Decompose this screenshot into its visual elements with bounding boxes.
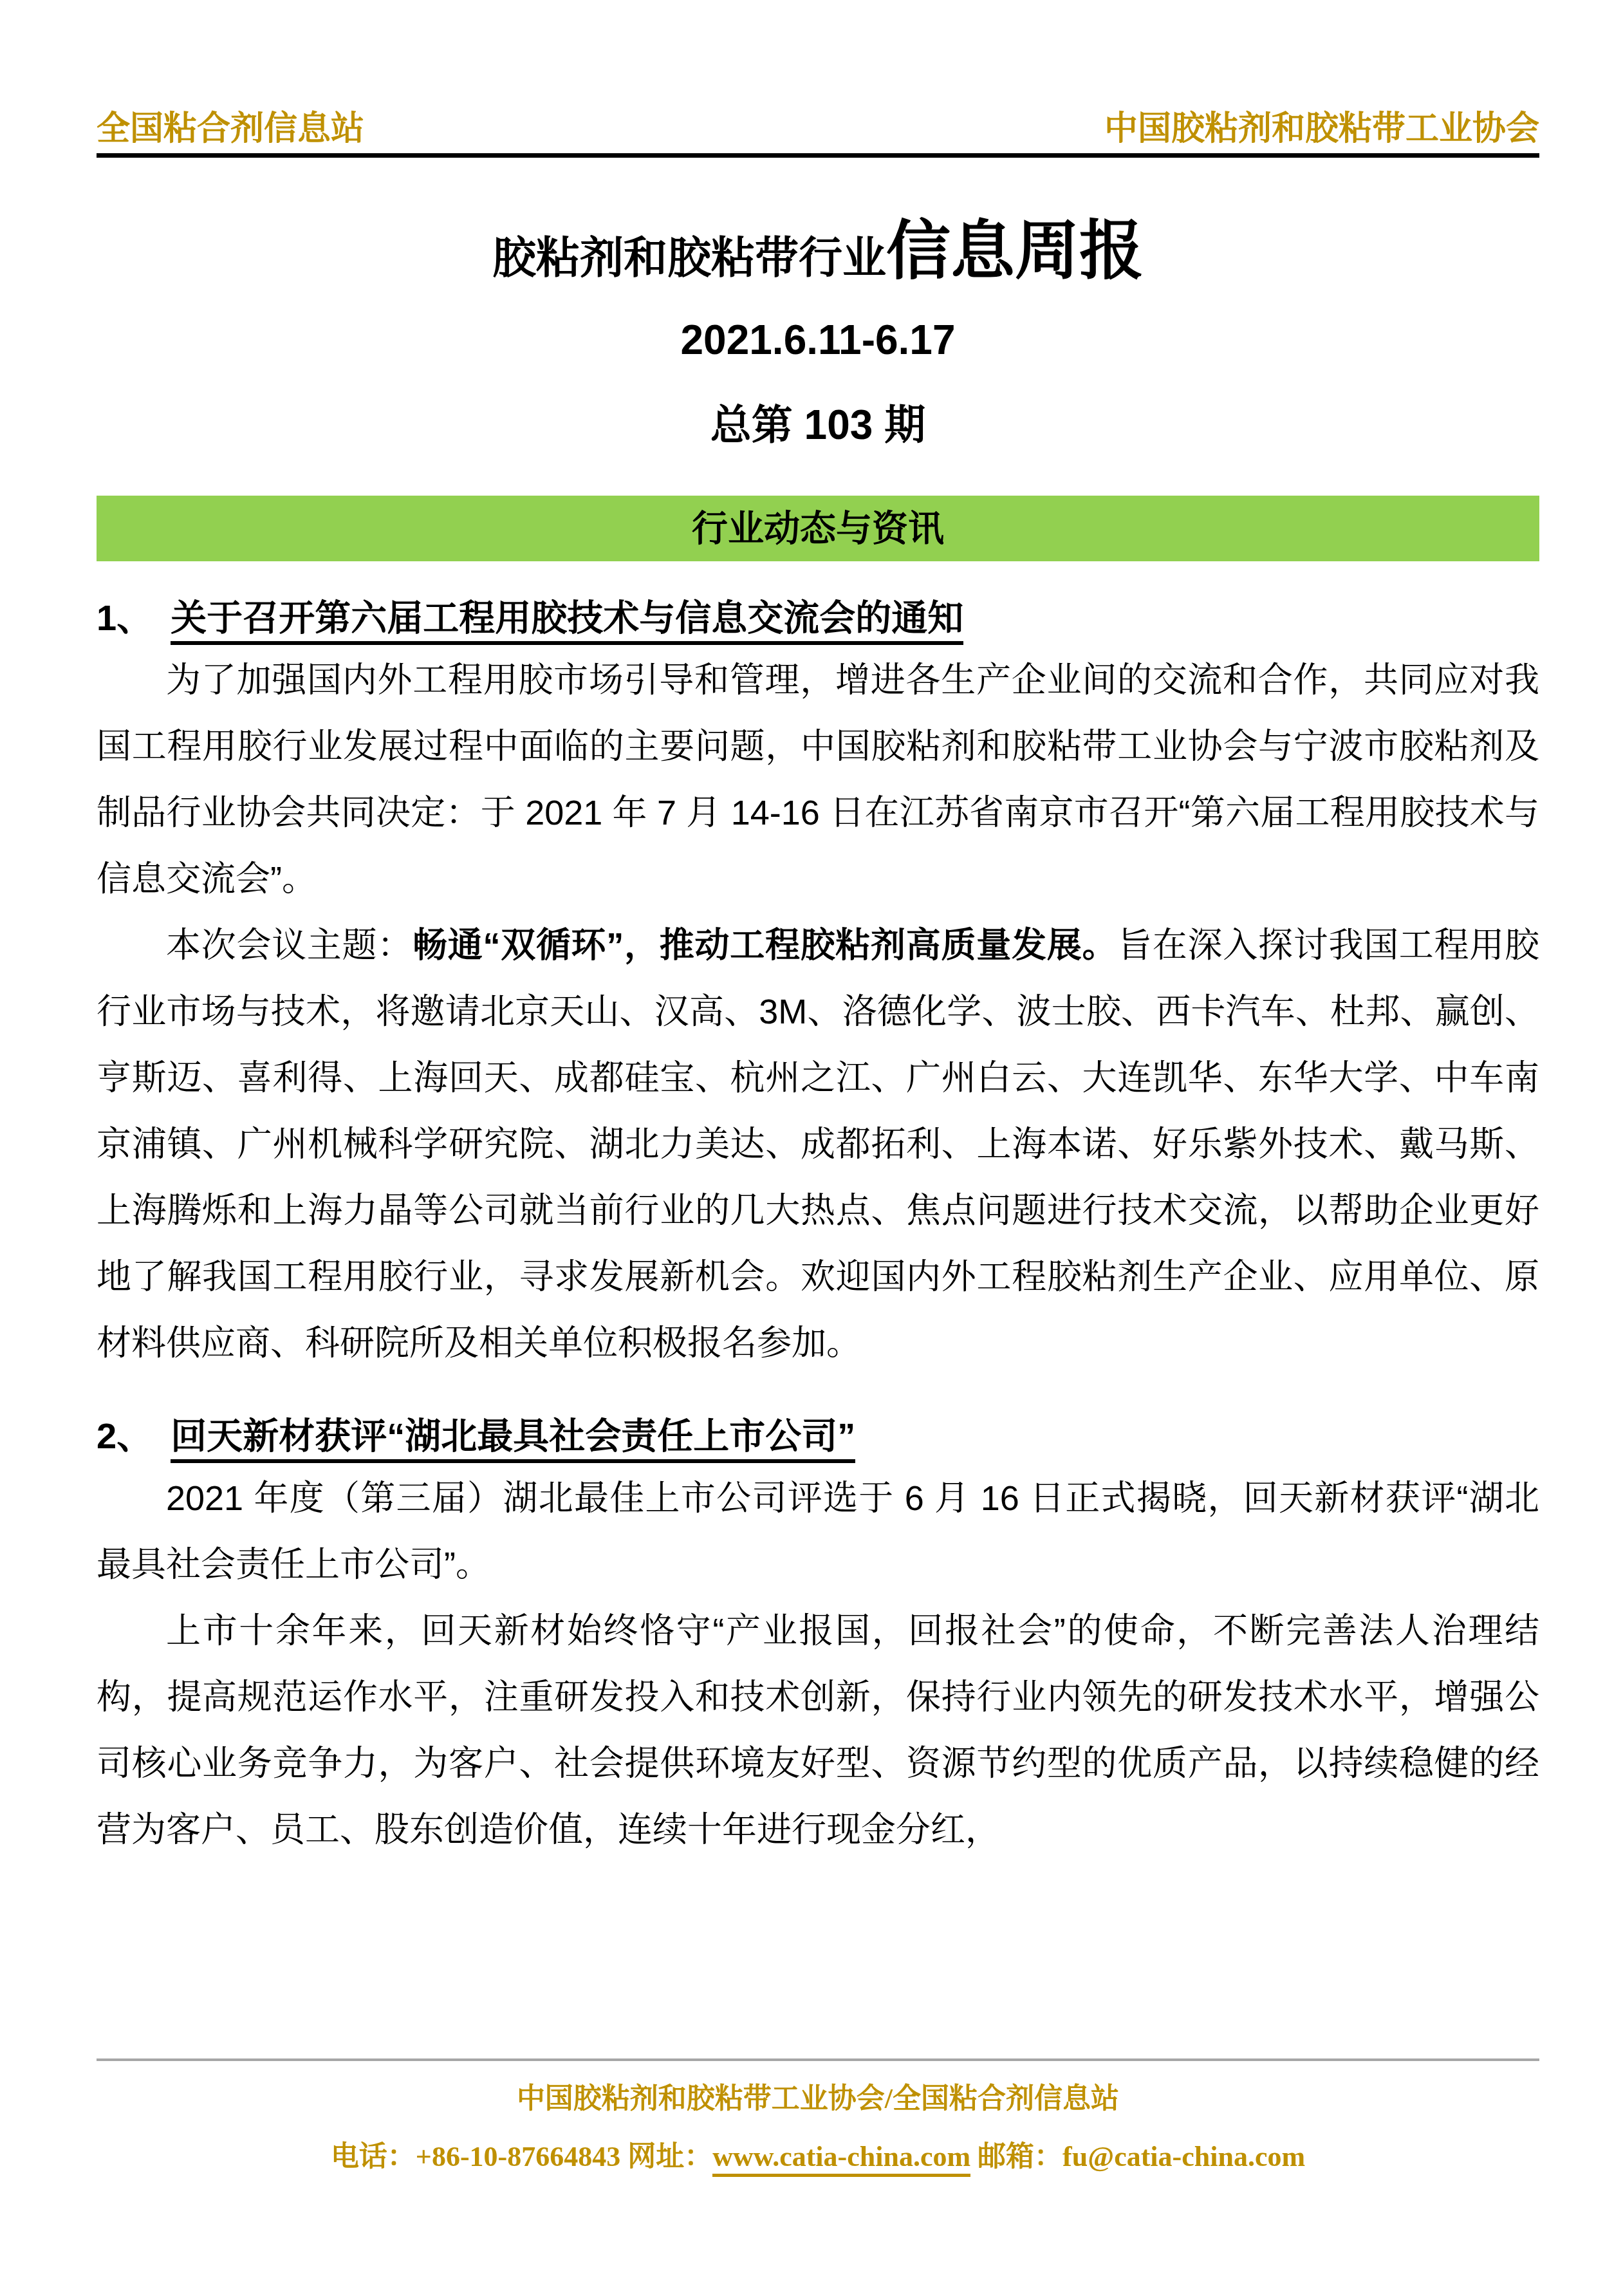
footer-contact-line: 电话：+86-10-87664843 网址：www.catia-china.co… — [97, 2133, 1539, 2174]
header-right-org: 中国胶粘剂和胶粘带工业协会 — [1104, 109, 1539, 149]
article-2-paragraph-2: 上市十余年来，回天新材始终恪守“产业报国，回报社会”的使命，不断完善法人治理结构… — [97, 1598, 1539, 1863]
footer-email: 邮箱：fu@catia-china.com — [970, 2141, 1305, 2172]
section-banner-label: 行业动态与资讯 — [692, 508, 944, 548]
article-2-paragraph-1: 2021 年度（第三届）湖北最佳上市公司评选于 6 月 16 日正式揭晓，回天新… — [97, 1466, 1539, 1598]
text-run-bold: 畅通“双循环”，推动工程胶粘剂高质量发展。 — [413, 926, 1117, 965]
article-2: 2、回天新材获评“湖北最具社会责任上市公司” 2021 年度（第三届）湖北最佳上… — [97, 1415, 1539, 1863]
page-header: 全国粘合剂信息站 中国胶粘剂和胶粘带工业协会 — [97, 109, 1539, 149]
text-run: 2021 年度（第三届）湖北最佳上市公司评选于 6 月 16 日正式揭晓，回天新… — [97, 1479, 1539, 1584]
text-run: 为了加强国内外工程用胶市场引导和管理，增进各生产企业间的交流和合作，共同应对我国… — [97, 661, 1539, 899]
newsletter-page: 全国粘合剂信息站 中国胶粘剂和胶粘带工业协会 胶粘剂和胶粘带行业信息周报 202… — [0, 0, 1623, 2296]
issue-number: 总第 103 期 — [97, 402, 1539, 449]
article-2-number: 2、 — [97, 1415, 153, 1456]
title-prefix: 胶粘剂和胶粘带行业 — [492, 234, 886, 283]
title-main: 信息周报 — [886, 215, 1144, 287]
text-run: 上市十余年来，回天新材始终恪守“产业报国，回报社会”的使命，不断完善法人治理结构… — [97, 1612, 1539, 1849]
article-1-paragraph-2: 本次会议主题：畅通“双循环”，推动工程胶粘剂高质量发展。旨在深入探讨我国工程用胶… — [97, 913, 1539, 1377]
text-run: 本次会议主题： — [166, 926, 413, 965]
page-title: 胶粘剂和胶粘带行业信息周报 — [97, 219, 1539, 283]
text-run: 旨在深入探讨我国工程用胶行业市场与技术，将邀请北京天山、汉高、3M、洛德化学、波… — [97, 926, 1539, 1363]
page-footer: 中国胶粘剂和胶粘带工业协会/全国粘合剂信息站 电话：+86-10-8766484… — [97, 2058, 1539, 2174]
article-2-heading: 回天新材获评“湖北最具社会责任上市公司” — [171, 1415, 855, 1463]
header-left-org: 全国粘合剂信息站 — [97, 109, 364, 149]
footer-org-line: 中国胶粘剂和胶粘带工业协会/全国粘合剂信息站 — [97, 2075, 1539, 2116]
article-1-heading-row: 1、关于召开第六届工程用胶技术与信息交流会的通知 — [97, 597, 1539, 639]
section-banner: 行业动态与资讯 — [97, 496, 1539, 561]
article-1-paragraph-1: 为了加强国内外工程用胶市场引导和管理，增进各生产企业间的交流和合作，共同应对我国… — [97, 648, 1539, 913]
article-1: 1、关于召开第六届工程用胶技术与信息交流会的通知 为了加强国内外工程用胶市场引导… — [97, 597, 1539, 1377]
website-link[interactable]: www.catia-china.com — [712, 2141, 970, 2177]
header-rule — [97, 153, 1539, 158]
article-1-heading: 关于召开第六届工程用胶技术与信息交流会的通知 — [171, 597, 963, 645]
footer-phone-label: 电话：+86-10-87664843 网址： — [331, 2141, 712, 2172]
footer-rule — [97, 2058, 1539, 2061]
article-2-heading-row: 2、回天新材获评“湖北最具社会责任上市公司” — [97, 1415, 1539, 1457]
date-range: 2021.6.11-6.17 — [97, 317, 1539, 364]
article-1-number: 1、 — [97, 597, 153, 638]
